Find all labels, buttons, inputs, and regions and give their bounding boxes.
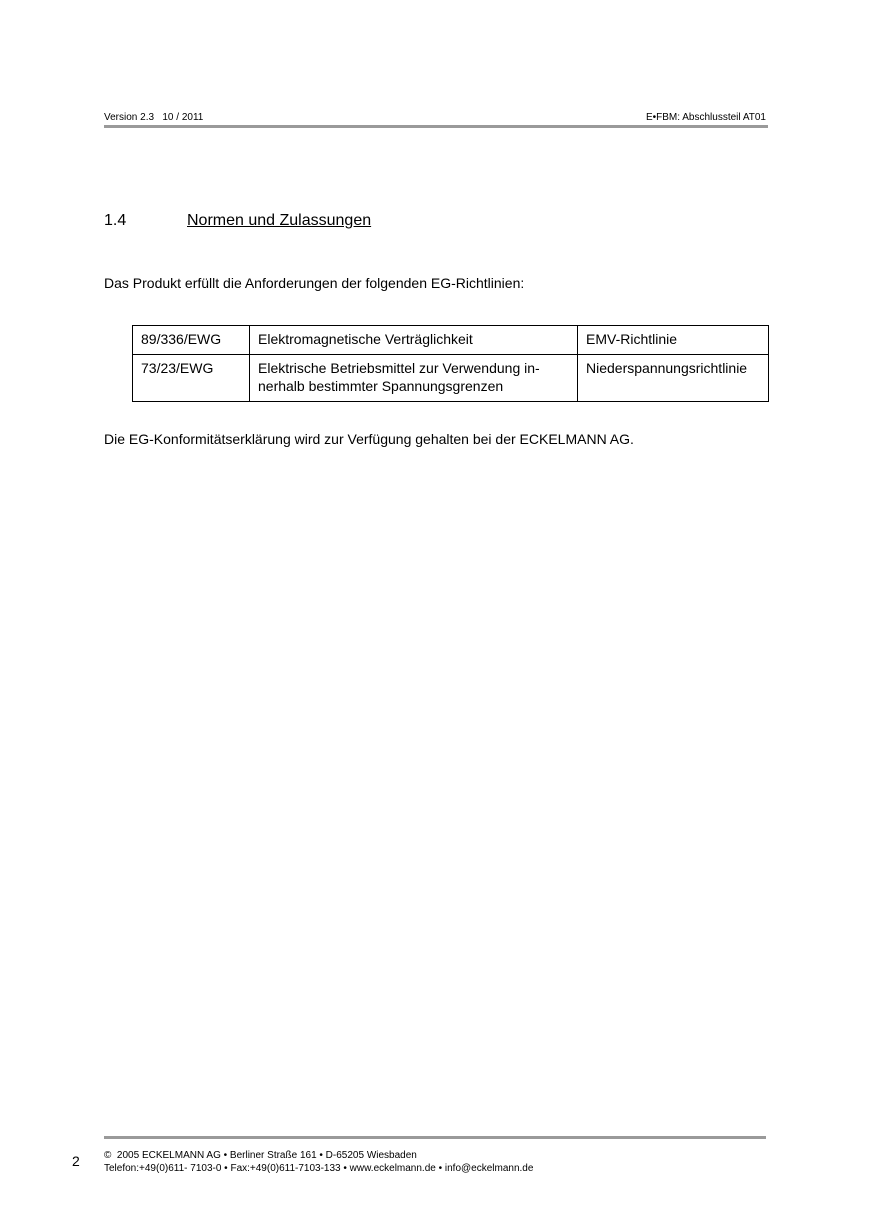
norm-description-line: Elektrische Betriebsmittel zur Verwendun… — [258, 359, 569, 377]
norms-table: 89/336/EWG Elektromagnetische Verträglic… — [132, 325, 769, 402]
conformity-paragraph: Die EG-Konformitätserklärung wird zur Ve… — [104, 431, 634, 447]
header-document-title: E•FBM: Abschlussteil AT01 — [646, 112, 766, 123]
footer-divider — [104, 1136, 766, 1139]
footer-address: © 2005 ECKELMANN AG • Berliner Straße 16… — [104, 1150, 417, 1161]
section-number: 1.4 — [104, 212, 126, 230]
norm-description-line: nerhalb bestimmter Spannungsgrenzen — [258, 377, 569, 395]
section-title: Normen und Zulassungen — [187, 212, 371, 230]
norm-short-name: Niederspannungsrichtlinie — [578, 355, 769, 402]
table-row: 73/23/EWG Elektrische Betriebsmittel zur… — [133, 355, 769, 402]
norm-short-name: EMV-Richtlinie — [578, 326, 769, 355]
norm-code: 73/23/EWG — [133, 355, 250, 402]
footer-contact: Telefon:+49(0)611- 7103-0 • Fax:+49(0)61… — [104, 1163, 533, 1174]
norm-code: 89/336/EWG — [133, 326, 250, 355]
table-row: 89/336/EWG Elektromagnetische Verträglic… — [133, 326, 769, 355]
intro-paragraph: Das Produkt erfüllt die Anforderungen de… — [104, 275, 524, 291]
page-number: 2 — [72, 1153, 80, 1169]
norm-description: Elektrische Betriebsmittel zur Verwendun… — [250, 355, 578, 402]
header-version: Version 2.3 10 / 2011 — [104, 112, 203, 123]
norm-description: Elektromagnetische Verträglichkeit — [250, 326, 578, 355]
header-divider — [104, 125, 768, 128]
